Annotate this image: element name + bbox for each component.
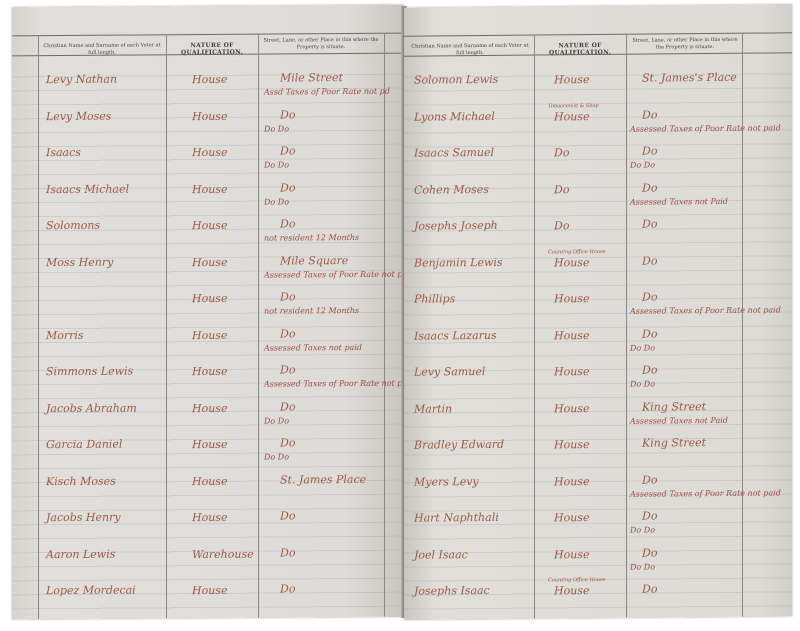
register-entry: PhillipsHouseDoAssessed Taxes of Poor Ra… [404,285,792,322]
register-entry: Levy NathanHouseMile StreetAssd Taxes of… [12,67,404,104]
header-name: Christian Name and Surname of each Voter… [408,43,532,58]
register-entry: Garcia DanielHouseDoDo Do [12,432,404,469]
voter-name: Cohen Moses [414,182,489,196]
annotation: Assessed Taxes not Paid [630,196,728,206]
left-page: Christian Name and Surname of each Voter… [12,5,404,620]
register-entry: Simmons LewisHouseDoAssessed Taxes of Po… [12,359,404,396]
qualification: House [192,584,227,597]
header-name: Christian Name and Surname of each Voter… [40,42,164,57]
register-entry: IsaacsHouseDoDo Do [12,140,404,177]
qualification-note: Tobacconist & Shop [548,102,599,108]
qualification: House [554,438,589,451]
voter-name: Levy Samuel [414,365,485,379]
voter-name: Aaron Lewis [46,547,115,560]
annotation: Do Do [264,416,289,425]
register-entry: Isaacs LazarusHouseDoDo Do [404,322,792,359]
register-entry: Josephs JosephDoDo [404,212,792,249]
voter-name: Lopez Mordecai [46,584,136,598]
register-entry: Isaacs MichaelHouseDoDo Do [12,176,404,213]
property-place: Do [642,217,657,230]
property-place: Do [280,108,295,121]
property-place: Do [280,400,295,413]
qualification: House [192,182,227,195]
property-place: Do [280,181,295,194]
register-entry: Joel IsaacHouseDoDo Do [404,541,792,578]
annotation: Do Do [264,124,289,133]
annotation: not resident 12 Months [264,233,359,243]
qualification: Do [554,183,569,196]
qualification: House [192,109,227,122]
register-entry: Hart NaphthaliHouseDoDo Do [404,504,792,541]
qualification: House [192,292,227,305]
qualification-note: Counting Office House [548,248,606,255]
qualification: House [192,328,227,341]
right-page: Christian Name and Surname of each Voter… [404,4,792,619]
voter-name: Josephs Isaac [414,584,490,598]
voter-name: Lyons Michael [414,109,495,123]
register-entry: Josephs IsaacCounting Office HouseHouseD… [404,577,792,614]
annotation: Do Do [630,380,655,389]
annotation: Do Do [630,343,655,352]
voter-name: Garcia Daniel [46,438,122,452]
property-place: Do [642,108,657,121]
annotation: Do Do [264,160,289,169]
property-place: Do [642,363,657,376]
annotation: Do Do [630,562,655,571]
annotation: Do Do [264,197,289,206]
register-entry: Lyons MichaelTobacconist & ShopHouseDoAs… [404,103,792,140]
qualification: House [554,110,589,123]
qualification: House [192,146,227,159]
register-entry: Levy MosesHouseDoDo Do [12,103,404,140]
voter-name: Kisch Moses [46,474,116,487]
voter-name: Myers Levy [414,475,479,489]
annotation: Assd Taxes of Poor Rate not pd [264,87,390,97]
header-place: Street, Lane, or other Place in this whe… [262,37,380,52]
property-place: Do [280,327,295,340]
register-entry: Aaron LewisWarehouseDo [12,541,404,578]
header-qualification: NATURE OF QUALIFICATION. [168,42,256,57]
voter-name: Morris [46,328,84,341]
register-entry: Bradley EdwardHouseKing Street [404,431,792,468]
voter-name: Benjamin Lewis [414,255,503,269]
annotation: Do Do [630,526,655,535]
voter-name: Josephs Joseph [414,219,498,233]
qualification: House [192,511,227,524]
property-place: Do [642,473,657,486]
qualification: House [554,511,589,524]
property-place: Do [280,217,295,230]
property-place: Do [280,509,295,522]
property-place: Do [642,546,657,559]
property-place: Do [642,290,657,303]
voter-name: Isaacs Lazarus [414,328,497,342]
property-place: Do [280,290,295,303]
property-place: King Street [642,436,706,450]
property-place: King Street [642,400,706,414]
qualification: House [554,292,589,305]
qualification: House [192,365,227,378]
annotation: Do Do [264,452,289,461]
qualification: House [192,219,227,232]
qualification: House [554,256,589,269]
voter-name: Isaacs Michael [46,182,129,196]
qualification: House [192,255,227,268]
voter-name: Bradley Edward [414,438,504,452]
header-qualification: NATURE OF QUALIFICATION. [536,42,624,57]
annotation: Assessed Taxes of Poor Rate not paid [630,488,781,498]
annotation: Assessed Taxes of Poor Rate not paid [264,269,404,279]
annotation: Assessed Taxes not Paid [630,415,728,425]
annotation: not resident 12 Months [264,306,359,316]
open-register-book: Christian Name and Surname of each Voter… [12,6,794,624]
register-entry: SolomonsHouseDonot resident 12 Months [12,213,404,250]
property-place: Do [280,144,295,157]
qualification: House [192,401,227,414]
annotation: Assessed Taxes of Poor Rate not paid [630,305,781,315]
voter-name: Solomons [46,219,100,232]
register-entry: MorrisHouseDoAssessed Taxes not paid [12,322,404,359]
voter-name: Levy Moses [46,109,111,122]
voter-name: Jacobs Henry [46,511,121,525]
register-entry: Isaacs SamuelDoDoDo Do [404,139,792,176]
register-entry: Moss HenryHouseMile SquareAssessed Taxes… [12,249,404,286]
register-entry: Lopez MordecaiHouseDo [12,578,404,615]
register-entry: HouseDonot resident 12 Months [12,286,404,323]
qualification: House [192,474,227,487]
register-entry: MartinHouseKing StreetAssessed Taxes not… [404,395,792,432]
property-place: Do [642,327,657,340]
property-place: Do [642,509,657,522]
register-entry: Jacobs AbrahamHouseDoDo Do [12,395,404,432]
property-place: Mile Street [280,71,343,84]
register-entry: Solomon LewisHouseSt. James's Place [404,66,792,103]
property-place: Do [642,254,657,267]
register-entry: Benjamin LewisCounting Office HouseHouse… [404,249,792,286]
qualification: House [554,548,589,561]
voter-name: Solomon Lewis [414,73,498,87]
voter-name: Isaacs Samuel [414,146,494,160]
annotation: Assessed Taxes of Poor Rate not paid [630,123,781,133]
header-top-rule [12,33,404,37]
property-place: Do [642,582,657,595]
voter-name: Levy Nathan [46,73,117,86]
register-entry: Cohen MosesDoDoAssessed Taxes not Paid [404,176,792,213]
voter-name: Joel Isaac [414,548,468,561]
voter-name: Isaacs [46,146,81,159]
property-place: Do [280,363,295,376]
qualification: House [554,73,589,86]
annotation: Do Do [630,161,655,170]
qualification: House [192,73,227,86]
property-place: Do [280,546,295,559]
property-place: Mile Square [280,254,348,267]
qualification: House [554,329,589,342]
property-place: Do [642,144,657,157]
property-place: Do [280,582,295,595]
voter-name: Jacobs Abraham [46,401,137,415]
qualification: House [554,584,589,597]
qualification: Do [554,146,569,159]
voter-name: Phillips [414,292,455,305]
qualification-note: Counting Office House [548,577,606,584]
header-place: Street, Lane, or other Place in this whe… [630,37,740,52]
voter-name: Martin [414,402,452,415]
qualification: Do [554,219,569,232]
register-entry: Myers LevyHouseDoAssessed Taxes of Poor … [404,468,792,505]
register-entry: Jacobs HenryHouseDo [12,505,404,542]
voter-name: Simmons Lewis [46,365,133,379]
property-place: Do [280,436,295,449]
qualification: House [554,402,589,415]
voter-name: Moss Henry [46,255,113,268]
annotation: Assessed Taxes not paid [264,342,362,352]
property-place: St. James Place [280,472,366,486]
voter-name: Hart Naphthali [414,511,499,525]
property-place: St. James's Place [642,71,737,85]
qualification: House [192,438,227,451]
qualification: House [554,475,589,488]
property-place: Do [642,181,657,194]
qualification: House [554,365,589,378]
register-entry: Levy SamuelHouseDoDo Do [404,358,792,395]
annotation: Assessed Taxes of Poor Rate not paid [264,379,404,389]
qualification: Warehouse [192,547,254,560]
register-entry: Kisch MosesHouseSt. James Place [12,468,404,505]
